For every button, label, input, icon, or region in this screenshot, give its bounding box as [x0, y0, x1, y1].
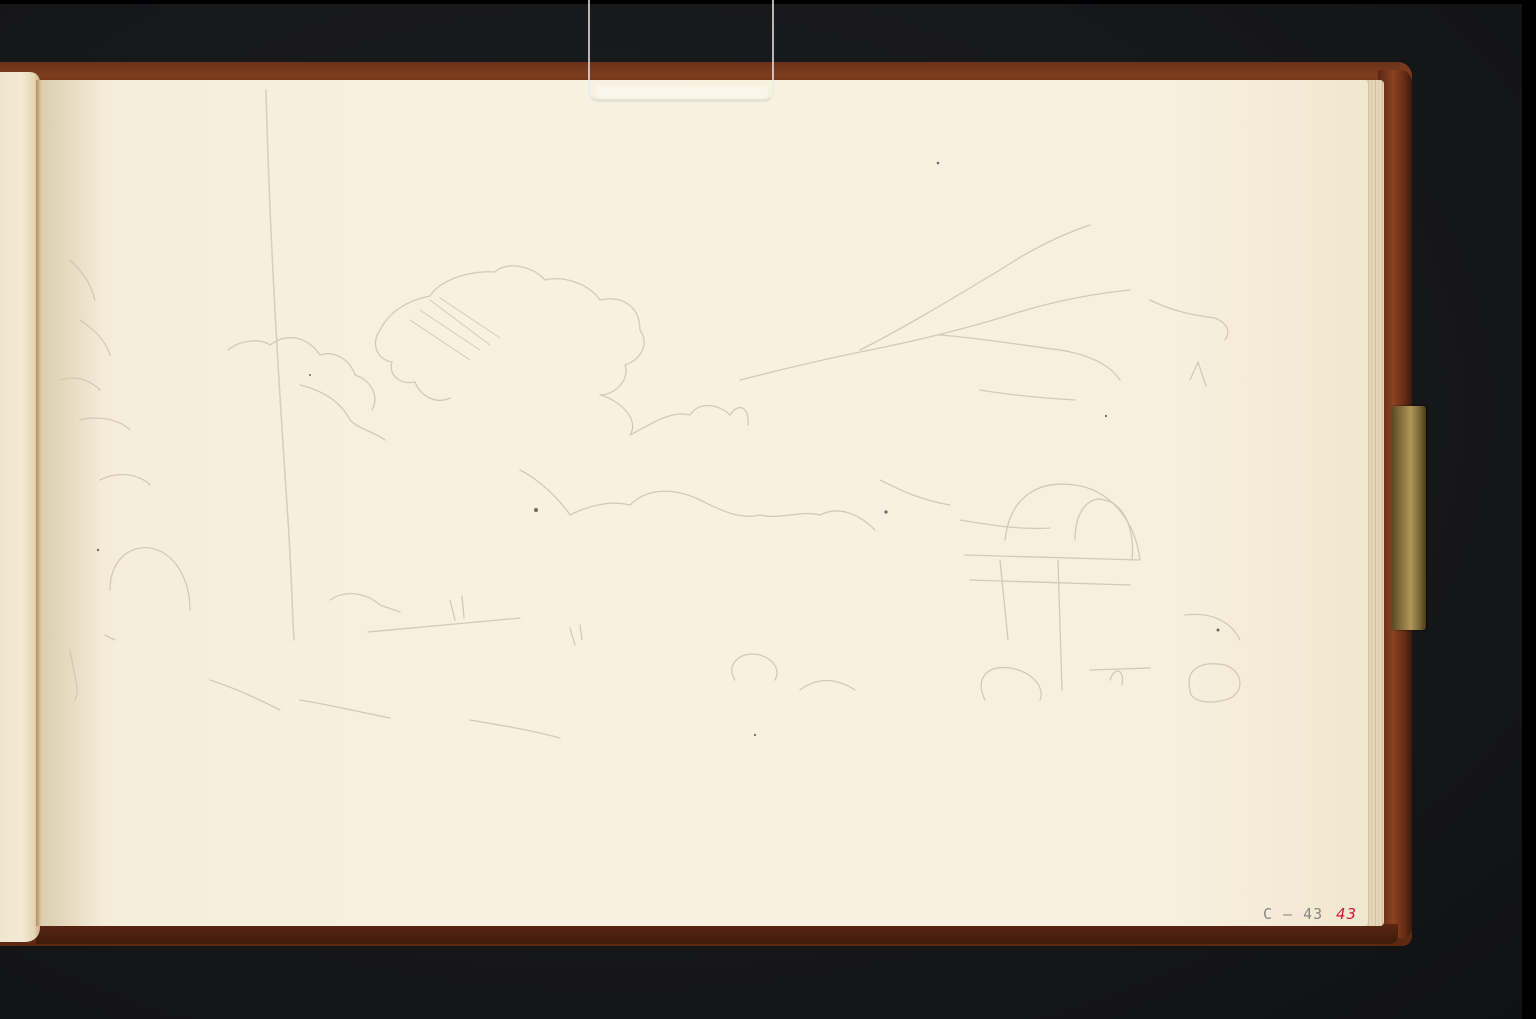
- catalogue-number-inscription: C — 43: [1263, 904, 1323, 924]
- clip-glare: [596, 86, 768, 98]
- pencil-landscape-sketch: [42, 80, 1368, 926]
- cover-bottom-edge: [36, 924, 1398, 944]
- left-facing-page: [0, 72, 40, 942]
- sketchbook-page: [42, 80, 1368, 926]
- right-border: [1522, 0, 1536, 1019]
- red-page-number-inscription: 43: [1336, 904, 1357, 924]
- brass-clasp: [1392, 406, 1426, 630]
